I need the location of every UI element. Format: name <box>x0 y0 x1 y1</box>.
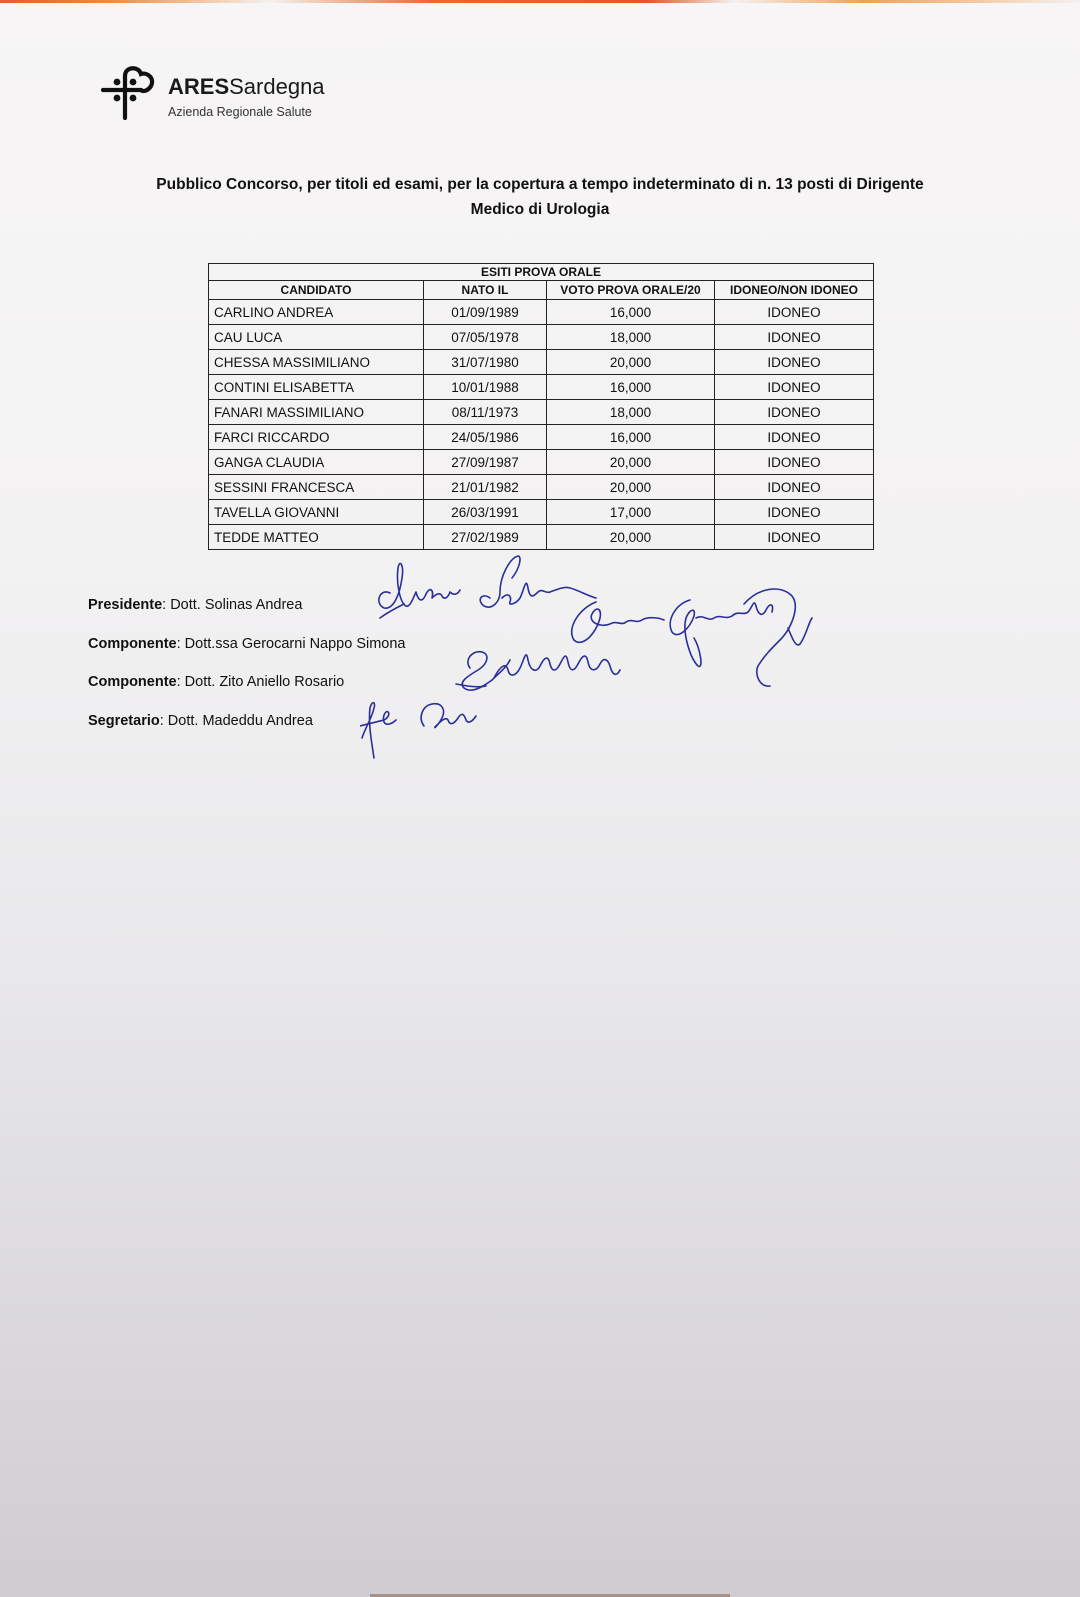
column-header-voto: VOTO PROVA ORALE/20 <box>547 281 715 300</box>
table-row: GANGA CLAUDIA27/09/198720,000IDONEO <box>209 450 874 475</box>
candidate-name: FARCI RICCARDO <box>209 425 424 450</box>
handwritten-signatures-icon <box>360 548 840 768</box>
oral-exam-score: 16,000 <box>547 375 715 400</box>
candidate-name: GANGA CLAUDIA <box>209 450 424 475</box>
member-name: : Dott. Zito Aniello Rosario <box>177 674 345 690</box>
table-column-headers: CANDIDATO NATO IL VOTO PROVA ORALE/20 ID… <box>209 281 874 300</box>
page-top-edge <box>0 0 1080 3</box>
birth-date: 01/09/1989 <box>424 300 547 325</box>
commission-member: Componente: Dott.ssa Gerocarni Nappo Sim… <box>88 635 406 674</box>
table-row: TEDDE MATTEO27/02/198920,000IDONEO <box>209 525 874 550</box>
title-line-2: Medico di Urologia <box>60 197 1020 222</box>
oral-exam-score: 20,000 <box>547 450 715 475</box>
table-row: CONTINI ELISABETTA10/01/198816,000IDONEO <box>209 375 874 400</box>
eligibility-status: IDONEO <box>715 525 874 550</box>
candidate-name: CHESSA MASSIMILIANO <box>209 350 424 375</box>
member-role: Segretario <box>88 713 160 729</box>
table-row: TAVELLA GIOVANNI26/03/199117,000IDONEO <box>209 500 874 525</box>
candidate-name: TEDDE MATTEO <box>209 525 424 550</box>
document-title: Pubblico Concorso, per titoli ed esami, … <box>60 172 1020 222</box>
oral-exam-score: 20,000 <box>547 525 715 550</box>
oral-exam-score: 17,000 <box>547 500 715 525</box>
birth-date: 31/07/1980 <box>424 350 547 375</box>
commission-member: Segretario: Dott. Madeddu Andrea <box>88 712 406 751</box>
birth-date: 21/01/1982 <box>424 475 547 500</box>
oral-exam-score: 16,000 <box>547 300 715 325</box>
birth-date: 27/02/1989 <box>424 525 547 550</box>
birth-date: 07/05/1978 <box>424 325 547 350</box>
column-header-candidato: CANDIDATO <box>209 281 424 300</box>
table-row: FANARI MASSIMILIANO08/11/197318,000IDONE… <box>209 400 874 425</box>
candidate-name: CONTINI ELISABETTA <box>209 375 424 400</box>
table-row: CARLINO ANDREA01/09/198916,000IDONEO <box>209 300 874 325</box>
candidate-name: CAU LUCA <box>209 325 424 350</box>
column-header-nato-il: NATO IL <box>424 281 547 300</box>
eligibility-status: IDONEO <box>715 400 874 425</box>
table-group-header: ESITI PROVA ORALE <box>209 264 874 281</box>
eligibility-status: IDONEO <box>715 325 874 350</box>
birth-date: 27/09/1987 <box>424 450 547 475</box>
table-row: SESSINI FRANCESCA21/01/198220,000IDONEO <box>209 475 874 500</box>
table-row: CAU LUCA07/05/197818,000IDONEO <box>209 325 874 350</box>
commission-member: Presidente: Dott. Solinas Andrea <box>88 596 406 635</box>
oral-exam-score: 20,000 <box>547 350 715 375</box>
column-header-esito: IDONEO/NON IDONEO <box>715 281 874 300</box>
commission-list: Presidente: Dott. Solinas AndreaComponen… <box>88 596 406 750</box>
commission-member: Componente: Dott. Zito Aniello Rosario <box>88 673 406 712</box>
member-role: Componente <box>88 674 177 690</box>
eligibility-status: IDONEO <box>715 450 874 475</box>
results-table: ESITI PROVA ORALE CANDIDATO NATO IL VOTO… <box>208 263 874 550</box>
logo-name: ARESSardegna <box>168 74 325 100</box>
candidate-name: TAVELLA GIOVANNI <box>209 500 424 525</box>
candidate-name: FANARI MASSIMILIANO <box>209 400 424 425</box>
candidate-name: CARLINO ANDREA <box>209 300 424 325</box>
oral-exam-score: 18,000 <box>547 400 715 425</box>
birth-date: 08/11/1973 <box>424 400 547 425</box>
member-name: : Dott. Madeddu Andrea <box>160 713 313 729</box>
oral-exam-score: 20,000 <box>547 475 715 500</box>
table-row: CHESSA MASSIMILIANO31/07/198020,000IDONE… <box>209 350 874 375</box>
logo-subtitle: Azienda Regionale Salute <box>168 105 312 119</box>
member-role: Componente <box>88 636 177 652</box>
ares-sardegna-logo: ARESSardegna Azienda Regionale Salute <box>101 64 341 124</box>
birth-date: 24/05/1986 <box>424 425 547 450</box>
eligibility-status: IDONEO <box>715 375 874 400</box>
birth-date: 26/03/1991 <box>424 500 547 525</box>
ares-heart-cross-logo-icon <box>101 64 159 120</box>
birth-date: 10/01/1988 <box>424 375 547 400</box>
member-name: : Dott. Solinas Andrea <box>162 597 302 613</box>
candidate-name: SESSINI FRANCESCA <box>209 475 424 500</box>
eligibility-status: IDONEO <box>715 425 874 450</box>
eligibility-status: IDONEO <box>715 300 874 325</box>
member-role: Presidente <box>88 597 162 613</box>
eligibility-status: IDONEO <box>715 350 874 375</box>
table-row: FARCI RICCARDO24/05/198616,000IDONEO <box>209 425 874 450</box>
eligibility-status: IDONEO <box>715 500 874 525</box>
eligibility-status: IDONEO <box>715 475 874 500</box>
title-line-1: Pubblico Concorso, per titoli ed esami, … <box>60 172 1020 197</box>
oral-exam-score: 18,000 <box>547 325 715 350</box>
oral-exam-score: 16,000 <box>547 425 715 450</box>
